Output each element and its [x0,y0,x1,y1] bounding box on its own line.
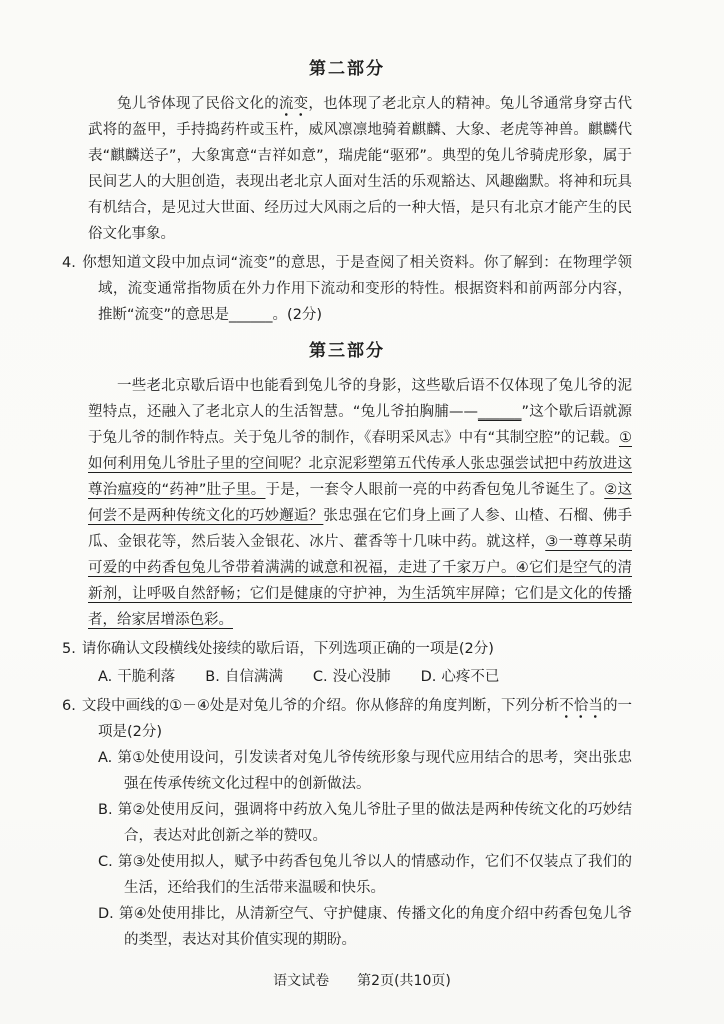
option-a-text: 干脆利落 [117,669,175,685]
option-a-label: A. [98,750,112,766]
footer-page-number: 第2页(共10页) [357,973,451,989]
footer-paper-title: 语文试卷 [273,973,329,989]
question-5-number: 5. [62,641,76,657]
question-6-option-b: B.第②处使用反问，强调将中药放入兔儿爷肚子里的做法是两种传统文化的巧妙结合，表… [98,797,632,849]
part2-text-after-emphasis: ，也体现了老北京人的精神。兔儿爷通常身穿古代武将的盔甲，手持捣药杵或玉杵，威风凛… [88,96,632,242]
question-5-option-d: D.心疼不已 [421,664,500,690]
question-4-answer-blank: ______ [229,307,273,323]
xiehouyu-blank: ______ [478,404,522,420]
option-d-label: D. [98,906,114,922]
page-footer: 语文试卷第2页(共10页) [0,970,724,990]
part2-paragraph: 兔儿爷体现了民俗文化的流变，也体现了老北京人的精神。兔儿爷通常身穿古代武将的盔甲… [88,91,632,247]
option-a-text: 第①处使用设问，引发读者对兔儿爷传统形象与现代应用结合的思考，突出张忠强在传承传… [117,750,632,792]
option-b-label: B. [205,669,220,685]
question-6: 6.文段中画线的①－④处是对兔儿爷的介绍。你从修辞的角度判断，下列分析不恰当的一… [62,693,632,745]
question-4-score: 。(2分) [273,307,323,323]
page-content: 第二部分 兔儿爷体现了民俗文化的流变，也体现了老北京人的精神。兔儿爷通常身穿古代… [0,0,724,953]
part2-text-before-emphasis: 兔儿爷体现了民俗文化的 [117,96,279,112]
question-5-option-c: C.没心没肺 [313,664,391,690]
question-6-option-d: D.第④处使用排比，从清新空气、守护健康、传播文化的角度介绍中药香包兔儿爷的类型… [98,901,632,953]
exam-paper-page: 第二部分 兔儿爷体现了民俗文化的流变，也体现了老北京人的精神。兔儿爷通常身穿古代… [0,0,724,1024]
emphasized-word-buqiadang: 不恰当 [559,698,603,719]
part3-text-3: 于是，一套令人眼前一亮的中药香包兔儿爷诞生了。 [266,482,605,498]
question-5: 5.请你确认文段横线处接续的歇后语，下列选项正确的一项是(2分) [62,636,632,662]
question-5-options: A.干脆利落 B.自信满满 C.没心没肺 D.心疼不已 [98,664,632,690]
option-d-text: 第④处使用排比，从清新空气、守护健康、传播文化的角度介绍中药香包兔儿爷的类型，表… [119,906,632,948]
question-6-option-c: C.第③处使用拟人，赋予中药香包兔儿爷以人的情感动作，它们不仅装点了我们的生活，… [98,849,632,901]
option-b-text: 第②处使用反问，强调将中药放入兔儿爷肚子里的做法是两种传统文化的巧妙结合，表达对… [118,802,632,844]
option-b-label: B. [98,802,113,818]
question-4: 4.你想知道文段中加点词“流变”的意思，于是查阅了相关资料。你了解到：在物理学领… [62,250,632,328]
question-6-text-1: 文段中画线的①－④处是对兔儿爷的介绍。你从修辞的角度判断，下列分析 [82,698,559,714]
emphasized-word-liubian: 流变 [279,96,308,117]
option-d-label: D. [421,669,437,685]
question-4-number: 4. [62,255,76,271]
option-b-text: 自信满满 [225,669,283,685]
option-d-text: 心疼不已 [441,669,499,685]
part3-paragraph: 一些老北京歇后语中也能看到兔儿爷的身影，这些歇后语不仅体现了兔儿爷的泥塑特点，还… [88,373,632,633]
option-c-label: C. [98,854,113,870]
question-4-text: 你想知道文段中加点词“流变”的意思，于是查阅了相关资料。你了解到：在物理学领域，… [82,255,632,323]
question-6-number: 6. [62,698,76,714]
question-5-option-b: B.自信满满 [205,664,283,690]
option-a-label: A. [98,669,112,685]
question-5-option-a: A.干脆利落 [98,664,175,690]
part2-heading: 第二部分 [62,54,632,79]
question-6-option-a: A.第①处使用设问，引发读者对兔儿爷传统形象与现代应用结合的思考，突出张忠强在传… [98,745,632,797]
part3-heading: 第三部分 [62,336,632,361]
option-c-text: 没心没肺 [333,669,391,685]
option-c-text: 第③处使用拟人，赋予中药香包兔儿爷以人的情感动作，它们不仅装点了我们的生活，还给… [118,854,632,896]
question-5-text: 请你确认文段横线处接续的歇后语，下列选项正确的一项是(2分) [82,641,494,657]
option-c-label: C. [313,669,328,685]
